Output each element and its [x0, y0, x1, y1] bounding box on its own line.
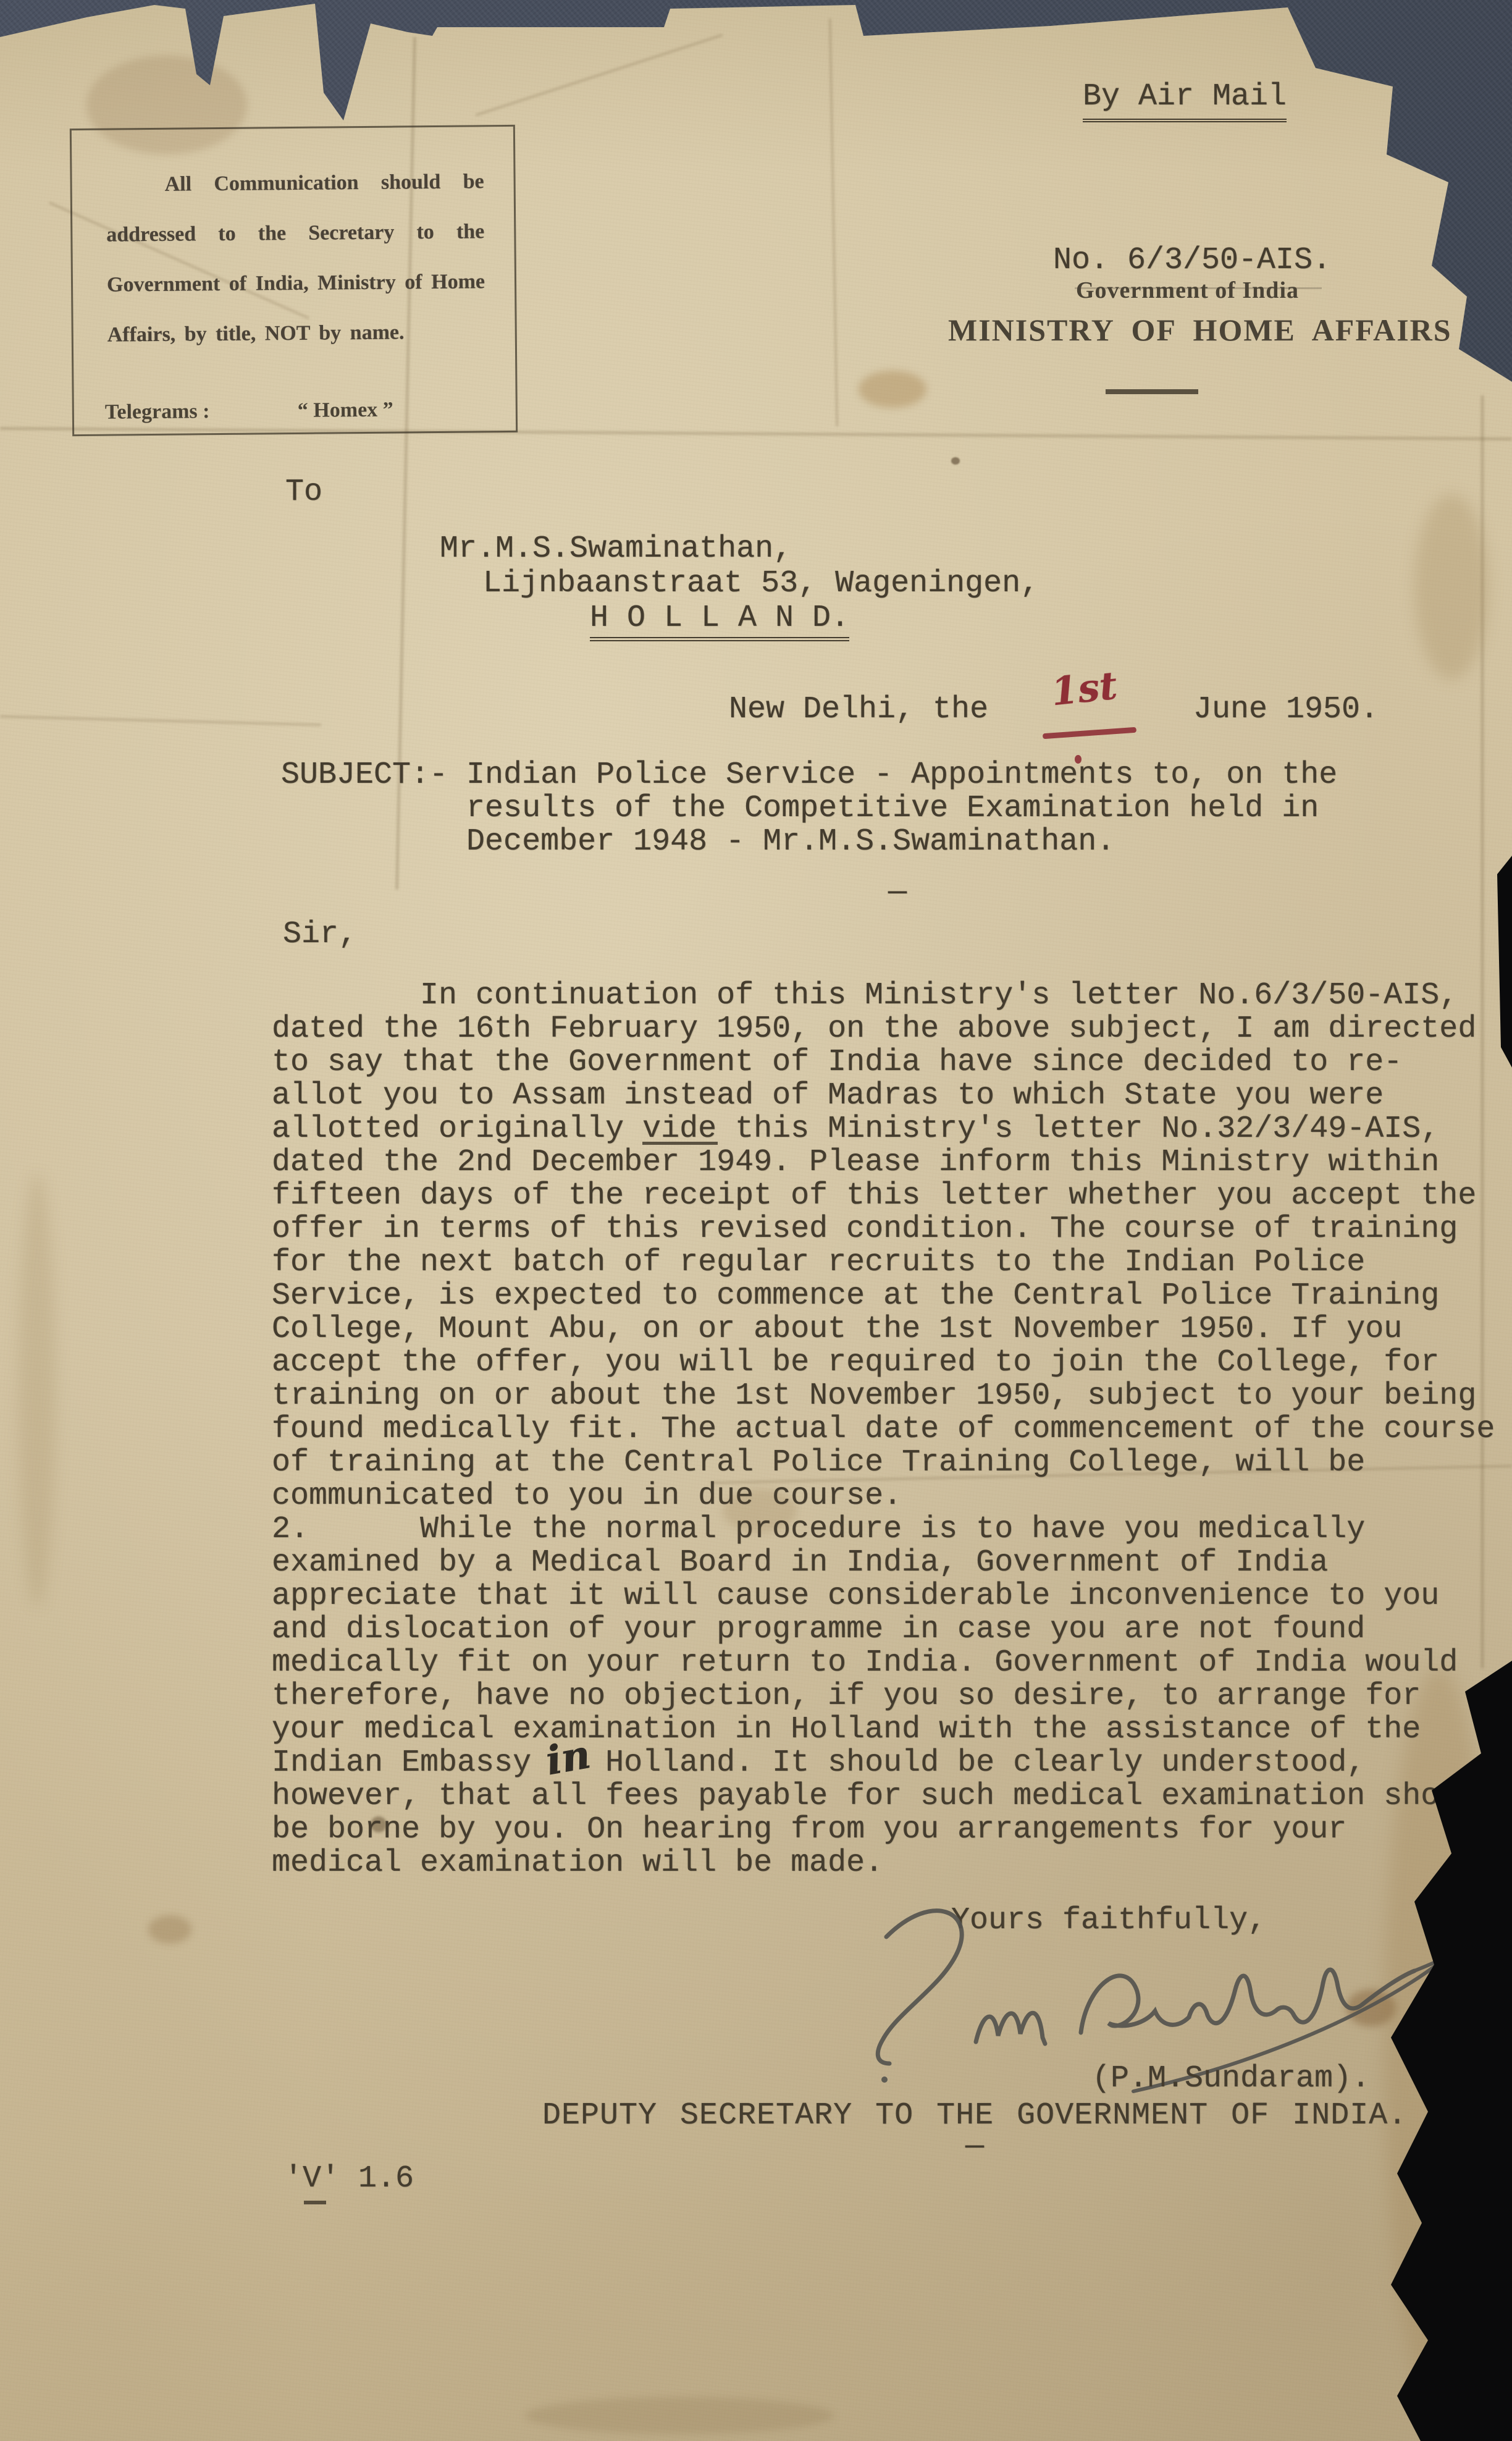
body-paragraph-1: In continuation of this Ministry's lette…	[272, 979, 1495, 1513]
version-reference: 'V' 1.6	[284, 2162, 414, 2196]
ministry-rule	[1106, 389, 1198, 394]
dateline-suffix: June 1950.	[1193, 693, 1379, 727]
date-underline-ink	[1043, 727, 1136, 740]
paper-stain	[1414, 494, 1489, 680]
notice-box: All Communication should be addressed to…	[70, 125, 518, 436]
paper-stain	[859, 371, 926, 408]
reference-number: No. 6/3/50-AIS.	[1053, 244, 1331, 277]
paper-stain	[19, 1174, 56, 1606]
version-underline	[304, 2201, 326, 2204]
recipient-street: Lijnbaanstraat 53, Wageningen,	[483, 567, 1039, 601]
signatory-title: DEPUTY SECRETARY TO THE GOVERNMENT OF IN…	[542, 2099, 1407, 2133]
body-paragraph-2: 2. While the normal procedure is to have…	[272, 1513, 1495, 1880]
subject-block: SUBJECT:- Indian Police Service - Appoin…	[281, 759, 1337, 859]
paper-stain	[148, 1915, 191, 1944]
vide-underline	[642, 1142, 718, 1145]
notice-text: All Communication should be addressed to…	[106, 156, 485, 360]
paper-crease	[829, 19, 838, 426]
ministry-title: MINISTRY OF HOME AFFAIRS	[948, 312, 1452, 348]
recipient-country: H O L L A N D.	[590, 602, 849, 641]
airmail-stamp: By Air Mail	[1083, 80, 1287, 122]
paper-stain	[951, 457, 960, 465]
government-line: Government of India	[1076, 277, 1299, 304]
subject-dash: —	[888, 876, 907, 909]
salutation: Sir,	[283, 918, 357, 951]
paper-stain	[525, 2397, 834, 2434]
paper-crease	[476, 34, 723, 116]
telegrams-label: Telegrams :	[105, 400, 210, 424]
to-label: To	[285, 476, 322, 509]
scanned-letter-page: All Communication should be addressed to…	[0, 0, 1512, 2441]
telegrams-value: “ Homex ”	[298, 398, 393, 423]
handwritten-date: 1st	[1049, 663, 1119, 715]
handwritten-insertion: in	[542, 1731, 594, 1784]
letter-paper: All Communication should be addressed to…	[0, 0, 1512, 2441]
signatory-name: (P.M.Sundaram).	[1092, 2062, 1370, 2096]
dateline-prefix: New Delhi, the	[729, 693, 988, 727]
paper-crease	[0, 715, 321, 726]
recipient-name: Mr.M.S.Swaminathan,	[440, 533, 792, 566]
closing-dash: —	[965, 2130, 984, 2164]
